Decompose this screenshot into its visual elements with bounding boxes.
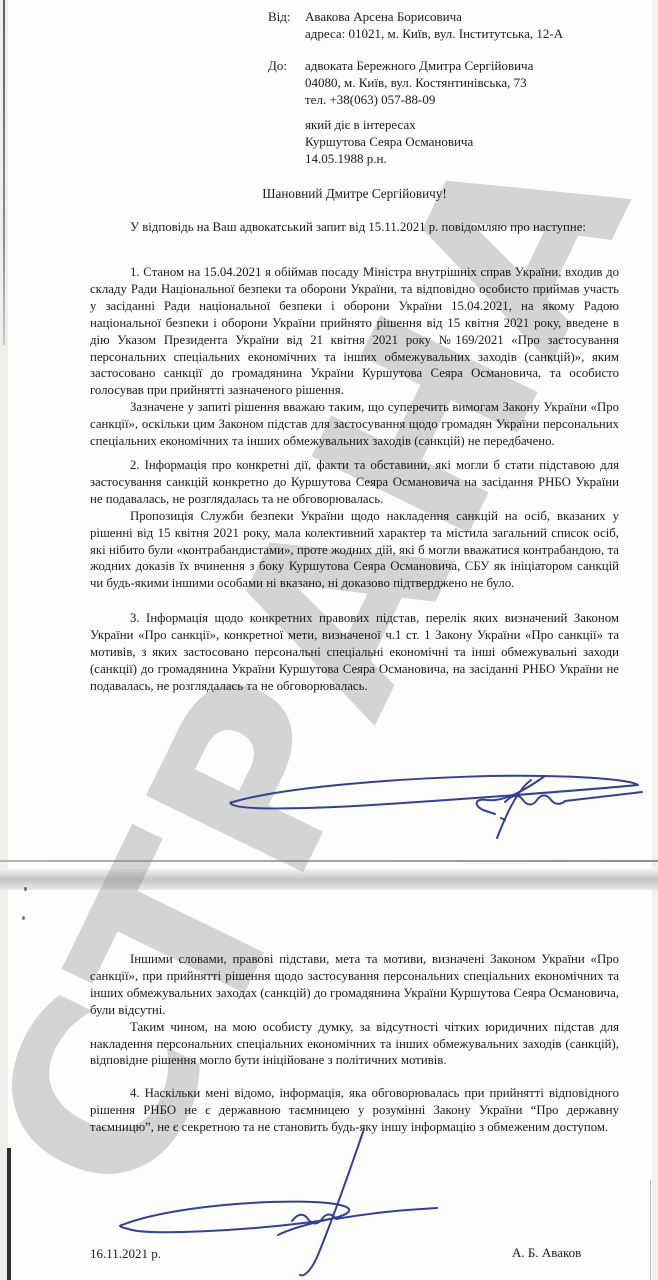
signature-2-cross-stroke [278,1219,330,1235]
paragraph-3b: Іншими словами, правові підстави, мета т… [90,951,619,1019]
to-address: 04080, м. Київ, вул. Костянтинівська, 73 [305,74,533,91]
to-name: адвоката Бережного Дмитра Сергійовича [305,57,533,74]
to-block: До: адвоката Бережного Дмитра Сергійович… [268,57,608,108]
signer-name: А. Б. Аваков [512,1245,581,1261]
acting-in-interest-block: який діє в інтересах Куршутова Сеяра Осм… [305,116,473,167]
paragraph-1b: Зазначене у запиті рішення вважаю таким,… [90,399,619,450]
letter-date: 16.11.2021 р. [90,1246,161,1262]
interest-line-1: який діє в інтересах [305,116,473,133]
to-label: До: [268,57,305,108]
signature-1-loop [230,776,638,809]
letter-content: Від: Авакова Арсена Борисовича адреса: 0… [0,0,658,1280]
salutation: Шановний Дмитре Сергійовичу! [90,186,619,202]
to-phone: тел. +38(063) 057-88-09 [305,91,533,108]
paragraph-1: 1. Станом на 15.04.2021 я обіймав посаду… [90,264,619,399]
paragraph-intro: У відповідь на Ваш адвокатський запит ві… [90,219,619,236]
interest-line-2: Куршутова Сеяра Османовича [305,133,473,150]
from-address: адреса: 01021, м. Київ, вул. Інститутськ… [305,25,563,42]
from-name: Авакова Арсена Борисовича [305,8,563,25]
paragraph-2: 2. Інформація про конкретні дії, факти т… [90,457,619,508]
paragraph-2b: Пропозиція Служби безпеки України щодо н… [90,508,619,593]
from-block: Від: Авакова Арсена Борисовича адреса: 0… [268,8,608,42]
scanned-letter: СТРАНА Від: Авакова Арсена Борисовича ад… [0,0,658,1280]
intro-paragraph: У відповідь на Ваш адвокатський запит ві… [90,219,619,236]
from-label: Від: [268,8,305,42]
page1-body: 1. Станом на 15.04.2021 я обіймав посаду… [90,264,619,695]
to-value: адвоката Бережного Дмитра Сергійовича 04… [305,57,533,108]
page2-body: Іншими словами, правові підстави, мета т… [90,951,619,1136]
signature-1-flourish [497,780,642,838]
address-header: Від: Авакова Арсена Борисовича адреса: 0… [268,8,608,108]
paragraph-3c: Таким чином, на мою особисту думку, за в… [90,1019,619,1070]
from-value: Авакова Арсена Борисовича адреса: 01021,… [305,8,563,42]
signature-1 [205,750,645,850]
paragraph-3: 3. Інформація щодо конкретних правових п… [90,610,619,695]
signature-2-loop [120,1202,349,1233]
interest-line-3: 14.05.1988 р.н. [305,150,473,167]
